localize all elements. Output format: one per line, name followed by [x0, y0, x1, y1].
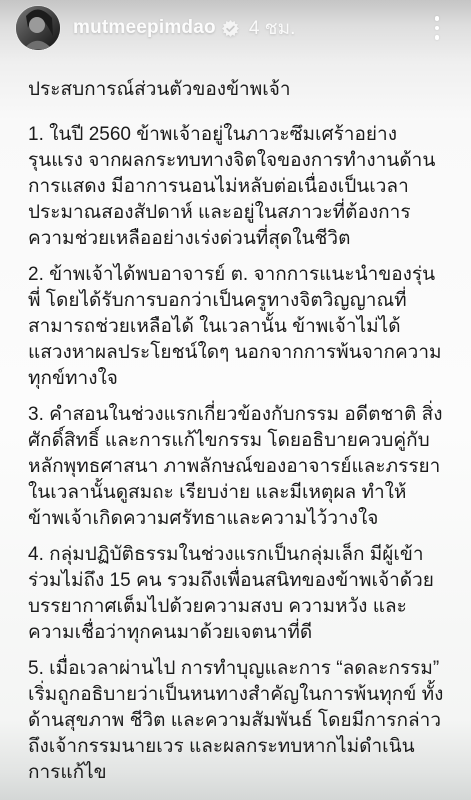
story-title: ประสบการณ์ส่วนตัวของข้าพเจ้า	[28, 77, 446, 103]
story-timestamp: 4 ชม.	[249, 13, 296, 43]
avatar[interactable]	[16, 6, 60, 50]
profile-photo-placeholder	[16, 6, 60, 50]
story-paragraph-2: 2. ข้าพเจ้าได้พบอาจารย์ ต. จากการแนะนำขอ…	[28, 262, 446, 392]
story-text-content: ประสบการณ์ส่วนตัวของข้าพเจ้า 1. ในปี 256…	[28, 77, 446, 796]
story-paragraph-4: 4. กลุ่มปฏิบัติธรรมในช่วงแรกเป็นกลุ่มเล็…	[28, 542, 446, 646]
story-paragraph-1: 1. ในปี 2560 ข้าพเจ้าอยู่ในภาวะซึมเศร้าอ…	[28, 122, 446, 252]
story-viewer[interactable]: mutmeepimdao 4 ชม. ประสบการณ์ส่วนตัวของข…	[0, 0, 471, 800]
story-paragraph-5: 5. เมื่อเวลาผ่านไป การทำบุญและการ “ลดละก…	[28, 656, 446, 786]
kebab-menu-icon	[435, 35, 440, 40]
story-header: mutmeepimdao 4 ชม.	[0, 0, 471, 52]
story-paragraph-3: 3. คำสอนในช่วงแรกเกี่ยวข้องกับกรรม อดีตช…	[28, 402, 446, 532]
verified-badge-icon	[222, 20, 239, 37]
more-options-button[interactable]	[429, 11, 446, 45]
username[interactable]: mutmeepimdao	[73, 17, 216, 39]
kebab-menu-icon	[435, 26, 440, 31]
kebab-menu-icon	[435, 16, 440, 21]
